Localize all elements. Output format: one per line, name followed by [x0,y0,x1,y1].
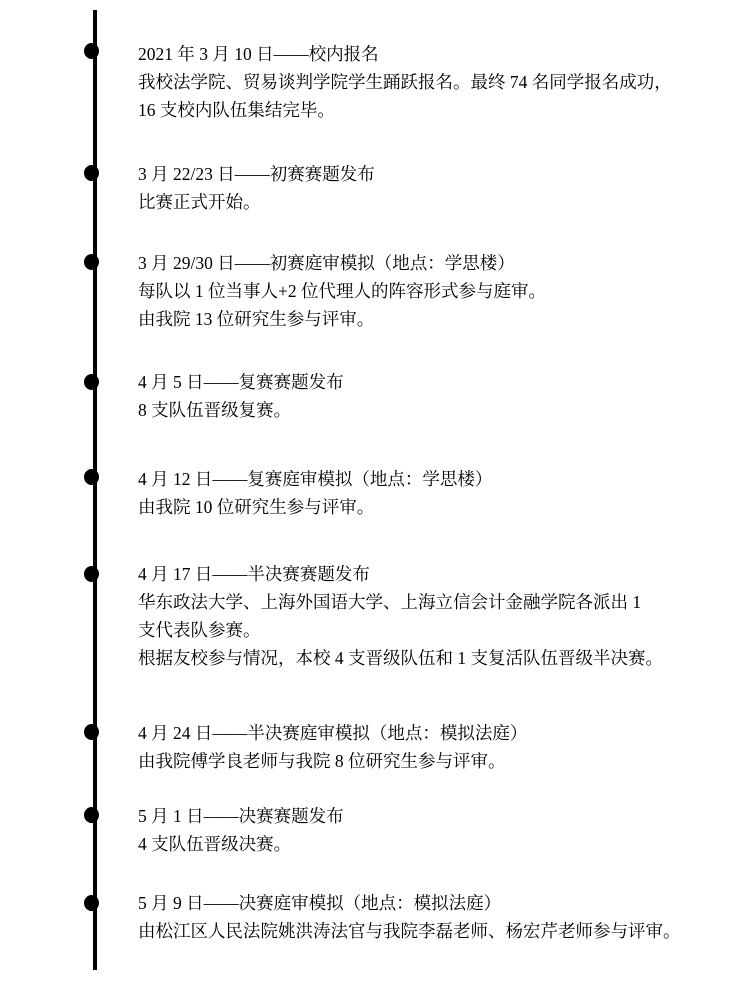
entry-body-line: 根据友校参与情况，本校 4 支晋级队伍和 1 支复活队伍晋级半决赛。 [138,644,726,672]
timeline-bullet-icon [84,895,99,911]
timeline-bullet-icon [84,724,99,740]
entry-heading: 4 月 24 日——半决赛庭审模拟（地点：模拟法庭） [138,719,726,747]
entry-body-line: 4 支队伍晋级决赛。 [138,830,726,858]
entry-body-line: 由我院 10 位研究生参与评审。 [138,493,726,521]
timeline-entry: 3 月 22/23 日——初赛赛题发布 比赛正式开始。 [138,160,726,216]
timeline-bullet-icon [84,165,99,181]
timeline-bullet-icon [84,43,99,59]
entry-body-line: 由我院 13 位研究生参与评审。 [138,305,726,333]
entry-heading: 5 月 9 日——决赛庭审模拟（地点：模拟法庭） [138,889,726,917]
timeline-entry: 4 月 17 日——半决赛赛题发布 华东政法大学、上海外国语大学、上海立信会计金… [138,560,726,672]
timeline-bullet-icon [84,469,99,485]
entry-body-line: 每队以 1 位当事人+2 位代理人的阵容形式参与庭审。 [138,277,726,305]
entry-body-line: 我校法学院、贸易谈判学院学生踊跃报名。最终 74 名同学报名成功， [138,68,726,96]
timeline-entry: 4 月 5 日——复赛赛题发布 8 支队伍晋级复赛。 [138,368,726,424]
timeline-entry: 3 月 29/30 日——初赛庭审模拟（地点：学思楼） 每队以 1 位当事人+2… [138,249,726,333]
timeline-bullet-icon [84,374,99,390]
timeline-bullet-icon [84,807,99,823]
entry-heading: 2021 年 3 月 10 日——校内报名 [138,40,726,68]
entry-body-line: 比赛正式开始。 [138,188,726,216]
entry-body-line: 华东政法大学、上海外国语大学、上海立信会计金融学院各派出 1 [138,588,726,616]
timeline-entry: 5 月 9 日——决赛庭审模拟（地点：模拟法庭） 由松江区人民法院姚洪涛法官与我… [138,889,726,945]
entry-heading: 3 月 22/23 日——初赛赛题发布 [138,160,726,188]
entry-body-line: 由松江区人民法院姚洪涛法官与我院李磊老师、杨宏芹老师参与评审。 [138,917,726,945]
timeline-entry: 5 月 1 日——决赛赛题发布 4 支队伍晋级决赛。 [138,802,726,858]
entry-heading: 3 月 29/30 日——初赛庭审模拟（地点：学思楼） [138,249,726,277]
timeline-bullet-icon [84,566,99,582]
timeline-entry: 4 月 24 日——半决赛庭审模拟（地点：模拟法庭） 由我院傅学良老师与我院 8… [138,719,726,775]
entry-body-line: 8 支队伍晋级复赛。 [138,396,726,424]
timeline-entry: 2021 年 3 月 10 日——校内报名 我校法学院、贸易谈判学院学生踊跃报名… [138,40,726,124]
entry-body-line: 支代表队参赛。 [138,616,726,644]
timeline-line [93,10,97,970]
entry-body-line: 16 支校内队伍集结完毕。 [138,96,726,124]
entry-body-line: 由我院傅学良老师与我院 8 位研究生参与评审。 [138,747,726,775]
entry-heading: 5 月 1 日——决赛赛题发布 [138,802,726,830]
timeline-bullet-icon [84,254,99,270]
document-page: 2021 年 3 月 10 日——校内报名 我校法学院、贸易谈判学院学生踊跃报名… [0,0,733,981]
timeline-entry: 4 月 12 日——复赛庭审模拟（地点：学思楼） 由我院 10 位研究生参与评审… [138,465,726,521]
entry-heading: 4 月 5 日——复赛赛题发布 [138,368,726,396]
entry-heading: 4 月 12 日——复赛庭审模拟（地点：学思楼） [138,465,726,493]
entry-heading: 4 月 17 日——半决赛赛题发布 [138,560,726,588]
